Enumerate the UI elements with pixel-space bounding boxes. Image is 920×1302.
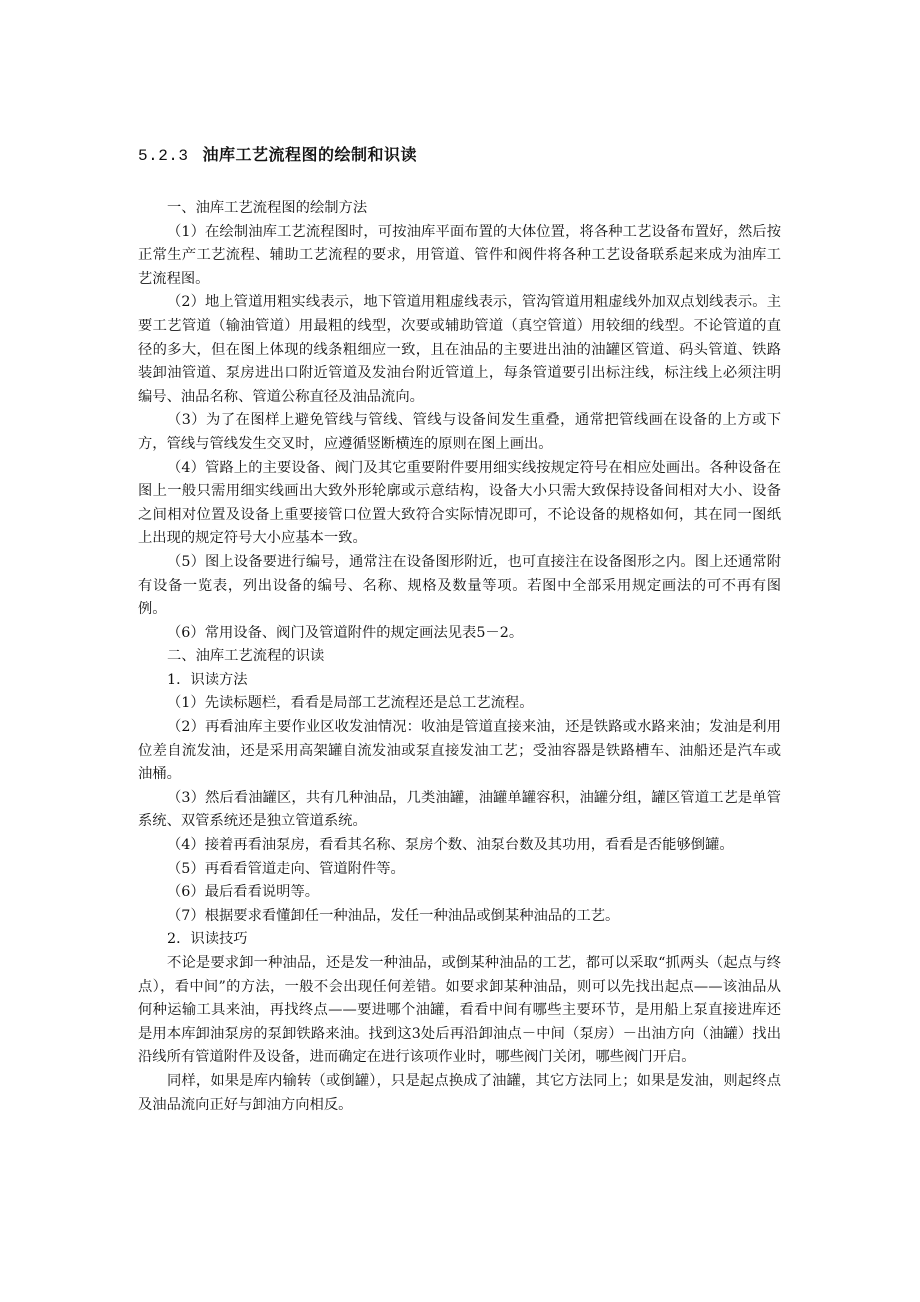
- paragraph-skills-2: 同样，如果是库内输转（或倒罐），只是起点换成了油罐，其它方法同上；如果是发油，则…: [138, 1070, 781, 1117]
- section-number: 5.2.3: [138, 147, 189, 165]
- paragraph-drawing-6: （6）常用设备、阀门及管道附件的规定画法见表5－2。: [138, 622, 781, 646]
- subheading-reading-method: 1．识读方法: [138, 669, 781, 693]
- heading-drawing-method: 一、油库工艺流程图的绘制方法: [138, 197, 781, 221]
- paragraph-reading-4: （4）接着再看油泵房，看看其名称、泵房个数、油泵台数及其功用，看看是否能够倒罐。: [138, 834, 781, 858]
- paragraph-drawing-2: （2）地上管道用粗实线表示，地下管道用粗虚线表示，管沟管道用粗虚线外加双点划线表…: [138, 291, 781, 409]
- paragraph-drawing-5: （5）图上设备要进行编号，通常注在设备图形附近，也可直接注在设备图形之内。图上还…: [138, 551, 781, 622]
- subheading-reading-skills: 2．识读技巧: [138, 928, 781, 952]
- paragraph-skills-1: 不论是要求卸一种油品，还是发一种油品，或倒某种油品的工艺，都可以采取“抓两头（起…: [138, 952, 781, 1070]
- section-title: 油库工艺流程图的绘制和识读: [203, 145, 418, 164]
- paragraph-reading-3: （3）然后看油罐区，共有几种油品，几类油罐，油罐单罐容积，油罐分组，罐区管道工艺…: [138, 787, 781, 834]
- paragraph-drawing-1: （1）在绘制油库工艺流程图时，可按油库平面布置的大体位置，将各种工艺设备布置好，…: [138, 221, 781, 292]
- document-page: 5.2.3油库工艺流程图的绘制和识读 一、油库工艺流程图的绘制方法 （1）在绘制…: [138, 144, 781, 1117]
- paragraph-reading-1: （1）先读标题栏，看看是局部工艺流程还是总工艺流程。: [138, 692, 781, 716]
- paragraph-drawing-3: （3）为了在图样上避免管线与管线、管线与设备间发生重叠，通常把管线画在设备的上方…: [138, 409, 781, 456]
- paragraph-reading-6: （6）最后看看说明等。: [138, 881, 781, 905]
- section-heading: 5.2.3油库工艺流程图的绘制和识读: [138, 144, 781, 167]
- paragraph-drawing-4: （4）管路上的主要设备、阀门及其它重要附件要用细实线按规定符号在相应处画出。各种…: [138, 457, 781, 551]
- heading-reading: 二、油库工艺流程的识读: [138, 645, 781, 669]
- paragraph-reading-7: （7）根据要求看懂卸任一种油品，发任一种油品或倒某种油品的工艺。: [138, 905, 781, 929]
- paragraph-reading-5: （5）再看看管道走向、管道附件等。: [138, 858, 781, 882]
- paragraph-reading-2: （2）再看油库主要作业区收发油情况：收油是管道直接来油，还是铁路或水路来油；发油…: [138, 716, 781, 787]
